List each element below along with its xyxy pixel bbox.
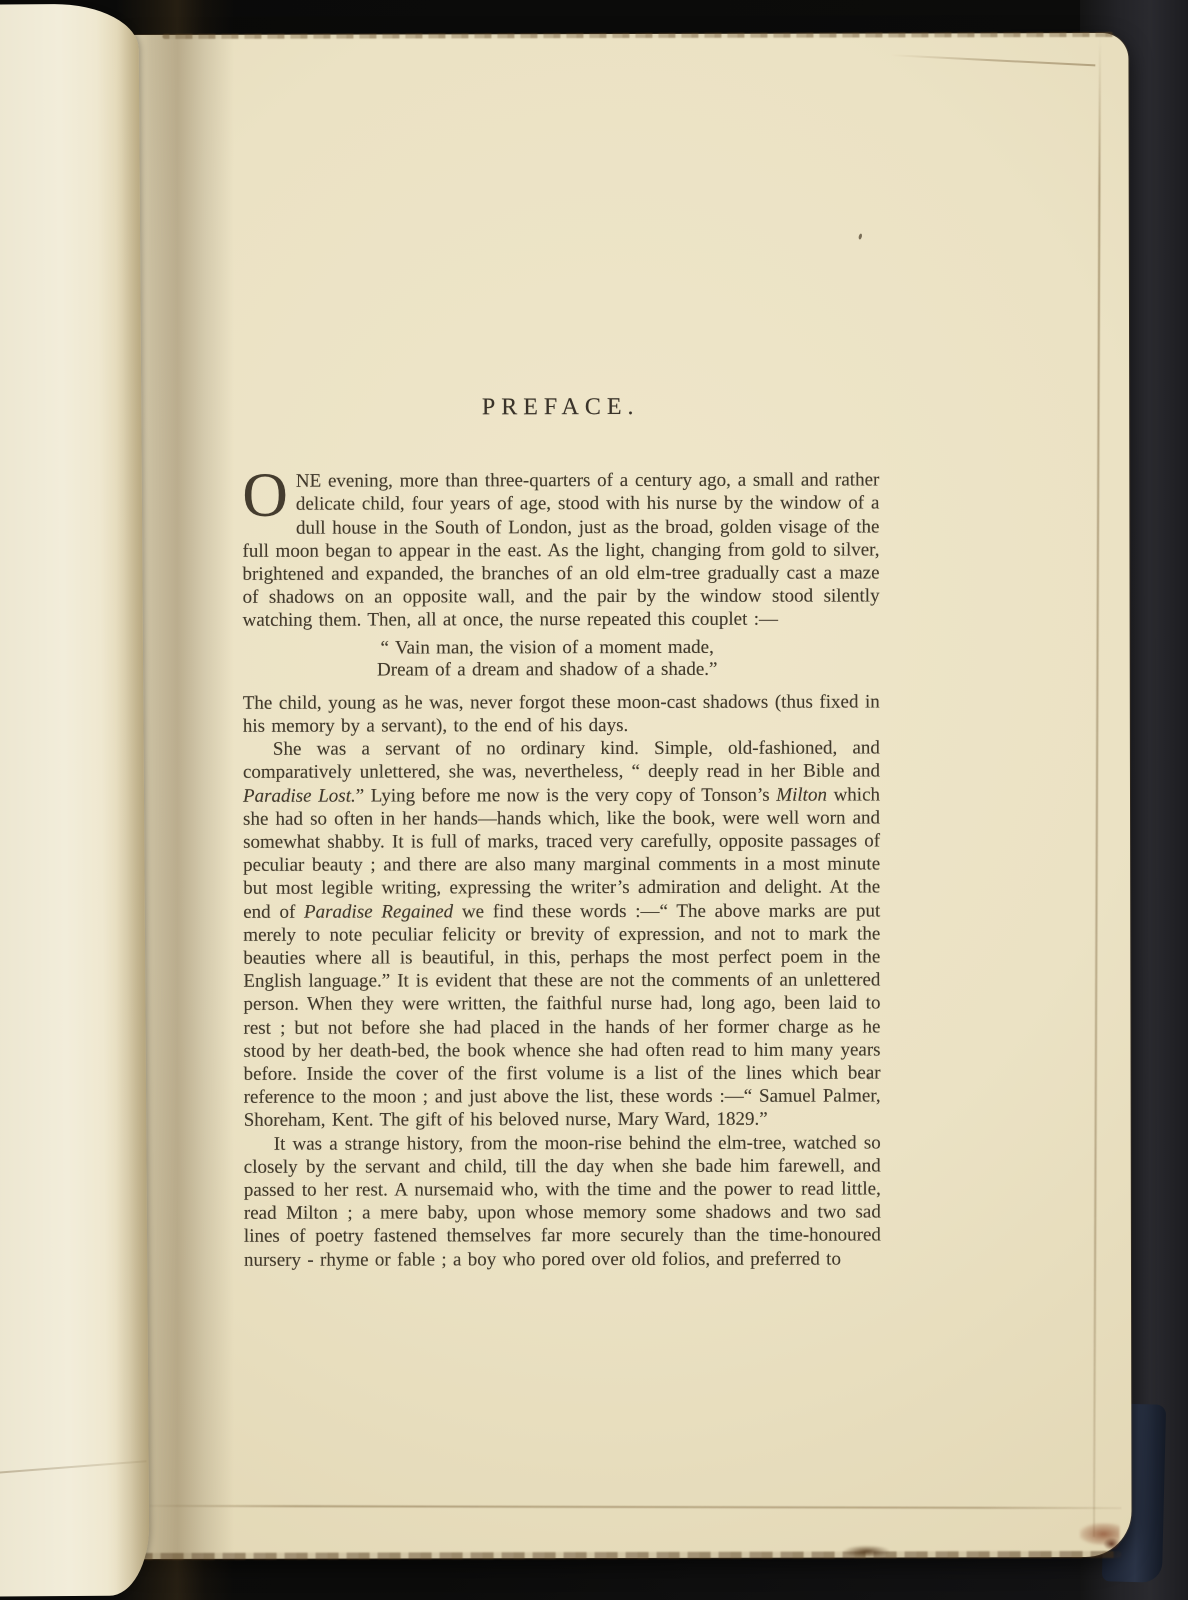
- paper-speck: [858, 233, 862, 240]
- previous-page-edge: [0, 3, 150, 1596]
- text-run: ” Lying before me now is the very copy o…: [356, 784, 777, 806]
- couplet-line: Dream of a dream and shadow of a shade.”: [243, 659, 852, 683]
- italic-text-run: Paradise Regained: [304, 901, 453, 922]
- paragraph: She was a servant of no ordinary kind. S…: [243, 737, 881, 1133]
- italic-text-run: Milton: [776, 784, 827, 805]
- preface-page: PREFACE. ONE evening, more than three-qu…: [128, 33, 1131, 1559]
- paragraph: The child, young as he was, never forgot…: [243, 690, 880, 738]
- book-photo: PREFACE. ONE evening, more than three-qu…: [0, 0, 1188, 1600]
- vertical-crease: [1093, 37, 1101, 1537]
- foxing-spot-small: [1104, 1538, 1120, 1550]
- page-title: PREFACE.: [242, 395, 879, 420]
- italic-text-run: Paradise Lost.: [243, 785, 356, 806]
- top-right-crease: [891, 54, 1096, 66]
- couplet: “ Vain man, the vision of a moment made,…: [243, 636, 852, 682]
- paragraph: ONE evening, more than three-quarters of…: [242, 469, 879, 633]
- text-run: we find these words :—“ The above marks …: [243, 900, 880, 1131]
- deckled-top-edge: [162, 32, 1114, 39]
- body-text: ONE evening, more than three-quarters of…: [242, 469, 881, 1272]
- text-run: NE evening, more than three-quarters of …: [242, 470, 879, 632]
- text-run: The child, young as he was, never forgot…: [243, 691, 880, 737]
- text-run: It was a strange history, from the moon-…: [244, 1132, 881, 1270]
- drop-cap: O: [242, 470, 296, 517]
- couplet-line: “ Vain man, the vision of a moment made,: [243, 636, 852, 660]
- edge-stain: [844, 1545, 890, 1557]
- text-run: She was a servant of no ordinary kind. S…: [243, 738, 880, 784]
- text-block: PREFACE. ONE evening, more than three-qu…: [242, 395, 881, 1271]
- deckled-bottom-edge: [142, 1551, 1122, 1560]
- horizontal-crease: [149, 1505, 1121, 1509]
- paragraph: It was a strange history, from the moon-…: [244, 1131, 881, 1272]
- previous-page-crease: [0, 1460, 146, 1473]
